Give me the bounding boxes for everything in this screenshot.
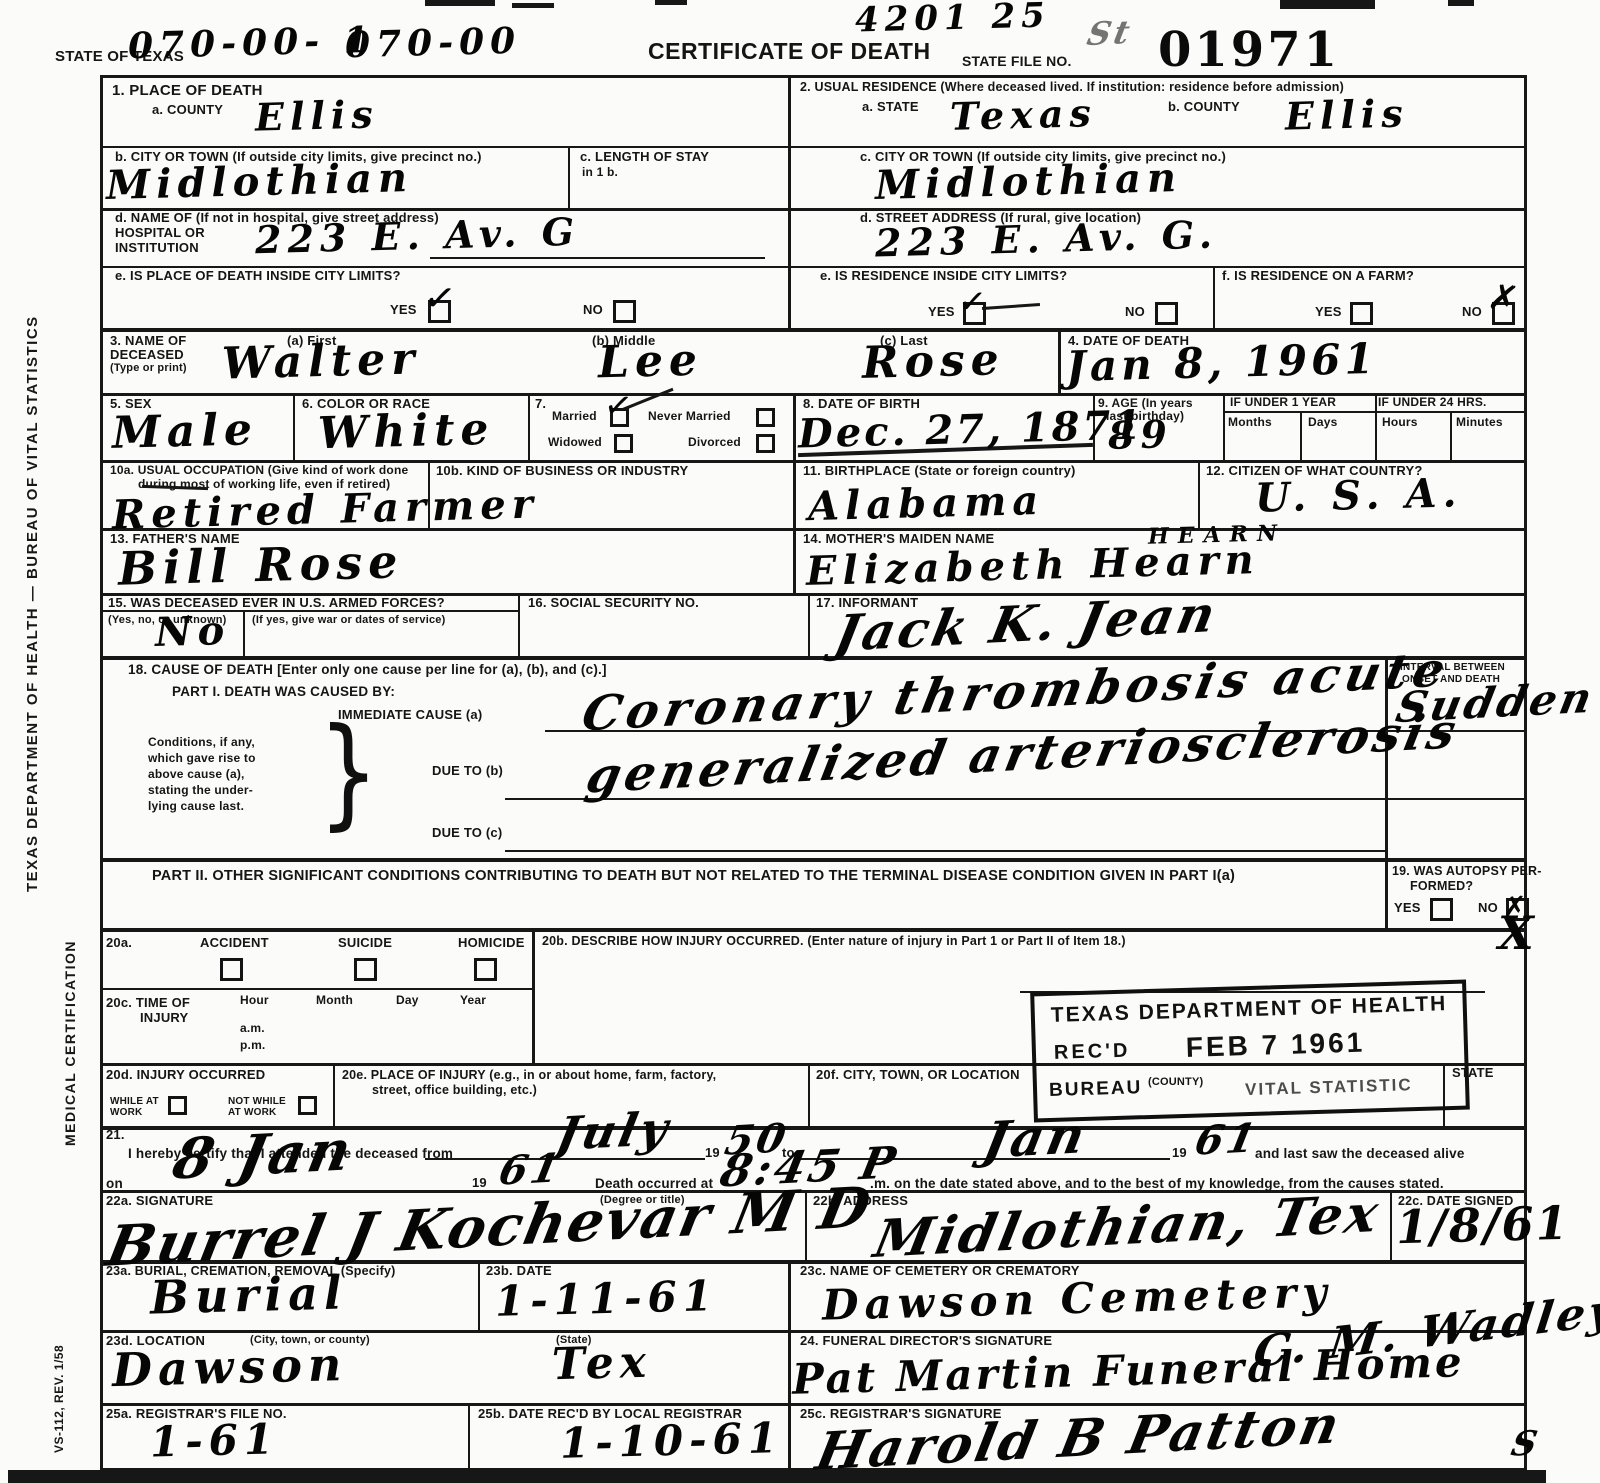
burial-state-value: Tex (551, 1337, 652, 1391)
sidebar-department-text: TEXAS DEPARTMENT OF HEALTH — BUREAU OF V… (24, 262, 41, 892)
state-file-no-label: STATE FILE NO. (962, 53, 1072, 69)
writing-line (505, 850, 1385, 852)
residence-city-value: Midlothian (874, 154, 1182, 209)
cause-of-death-title: 18. CAUSE OF DEATH [Enter only one cause… (128, 662, 607, 678)
grid-line (1375, 393, 1377, 460)
middle-name-value: Lee (597, 335, 703, 389)
autopsy-label2: FORMED? (1410, 879, 1473, 893)
describe-injury-label: 20b. DESCRIBE HOW INJURY OCCURRED. (Ente… (542, 934, 1126, 948)
days-label: Days (1308, 416, 1338, 430)
name-of-deceased-label3: (Type or print) (110, 362, 187, 375)
residence-street-value: 223 E. Av. G. (874, 212, 1218, 266)
conditions-note3: above cause (a), (148, 768, 245, 782)
farm-yes-label: YES (1315, 305, 1342, 320)
faint-pen-mark: St (1084, 13, 1136, 53)
certify-number: 21. (106, 1128, 125, 1143)
received-stamp: TEXAS DEPARTMENT OF HEALTH REC'D FEB 7 1… (1030, 980, 1470, 1123)
scan-artifact (512, 3, 554, 8)
residence-state-value: Texas (949, 90, 1097, 139)
grid-line (468, 1403, 470, 1468)
grid-line (788, 75, 791, 328)
registrar-file-no-value: 1-61 (149, 1414, 279, 1466)
grid-line (100, 928, 1527, 932)
first-name-value: Walter (221, 333, 421, 389)
funeral-director-label: 24. FUNERAL DIRECTOR'S SIGNATURE (800, 1334, 1052, 1349)
grid-line (788, 1260, 791, 1330)
ink-check-tail (982, 303, 1040, 310)
divorced-checkbox (756, 434, 775, 453)
place-of-death-title: 1. PLACE OF DEATH (112, 82, 263, 99)
death-limits-yes-label: YES (390, 303, 417, 318)
part1-label: PART I. DEATH WAS CAUSED BY: (172, 684, 395, 700)
hospital-name-label3: INSTITUTION (115, 241, 199, 256)
grid-line (100, 858, 1527, 862)
conditions-note2: which gave rise to (148, 752, 256, 766)
conditions-note4: stating the under- (148, 784, 253, 798)
death-year-value: 61 (495, 1144, 567, 1194)
burial-location-value: Dawson (111, 1337, 348, 1397)
conditions-brace: } (318, 702, 379, 842)
grid-line (1058, 328, 1061, 393)
time-of-injury-label2: INJURY (140, 1011, 188, 1026)
divorced-label: Divorced (688, 436, 741, 450)
armed-forces-sub2: (If yes, give war or dates of service) (252, 614, 445, 627)
city-of-death-value: Midlothian (105, 154, 413, 209)
grid-line (788, 1403, 791, 1468)
handwritten-code-left: 070-00- 1 (127, 19, 375, 67)
grid-line (518, 593, 520, 656)
death-certificate-scan: S TEXAS DEPARTMENT OF HEALTH — BUREAU OF… (0, 0, 1600, 1483)
never-married-label: Never Married (648, 410, 731, 424)
place-of-injury-label1: 20e. PLACE OF INJURY (e.g., in or about … (342, 1068, 716, 1082)
sidebar-form-number: VS-112, REV. 1/58 (52, 1283, 66, 1453)
months-label: Months (1228, 416, 1272, 430)
county-of-death-label: a. COUNTY (152, 103, 223, 118)
if-under-1-year-header: IF UNDER 1 YEAR (1230, 396, 1336, 410)
signature-label: 22a. SIGNATURE (106, 1194, 213, 1209)
farm-no-checkmark: ✗ (1485, 276, 1522, 322)
grid-line (808, 1063, 810, 1126)
year-label: Year (460, 994, 486, 1008)
grid-line (1213, 266, 1215, 328)
date-of-death-value: Jan 8, 1961 (1065, 334, 1378, 391)
length-of-stay-sub: in 1 b. (582, 166, 618, 180)
farm-no-label: NO (1462, 305, 1482, 320)
grid-line (788, 1330, 791, 1403)
scan-artifact-bottom-bar (8, 1470, 1546, 1483)
grid-line (1450, 411, 1452, 460)
pm-label: p.m. (240, 1039, 265, 1053)
autopsy-no-big-x: X (1498, 906, 1534, 960)
grid-line (100, 328, 1527, 332)
certify-on: on (106, 1176, 123, 1192)
minutes-label: Minutes (1456, 416, 1503, 430)
county-of-death-value: Ellis (254, 91, 379, 139)
grid-line (1524, 75, 1527, 1470)
hospital-street-value: 223 E. Av. G (254, 209, 580, 262)
suicide-label: SUICIDE (338, 936, 392, 951)
day-label: Day (396, 994, 419, 1008)
residence-farm-label: f. IS RESIDENCE ON A FARM? (1222, 269, 1414, 284)
scan-artifact (1280, 0, 1375, 9)
handwritten-top-note: 4201 25 (855, 0, 1052, 41)
grid-line (793, 528, 796, 593)
stamp-line1: TEXAS DEPARTMENT OF HEALTH (1051, 992, 1448, 1028)
injury-20a-label: 20a. (106, 936, 132, 951)
length-of-stay-label: c. LENGTH OF STAY (580, 150, 709, 165)
occupation-label: 10a. USUAL OCCUPATION (Give kind of work… (110, 464, 408, 478)
date-signed-value: 1/8/61 (1395, 1196, 1570, 1255)
grid-line (568, 146, 570, 208)
not-while-at-work-label1: NOT WHILE (228, 1096, 286, 1108)
homicide-checkbox (474, 958, 497, 981)
death-limits-no-label: NO (583, 303, 603, 318)
while-at-work-label2: WORK (110, 1107, 142, 1119)
grid-line (100, 146, 1527, 148)
not-while-at-work-checkbox (298, 1096, 317, 1115)
attended-from-month: July (552, 1101, 675, 1161)
last-name-value: Rose (861, 334, 1005, 389)
sidebar-medical-certification-text: MEDICAL CERTIFICATION (62, 866, 78, 1146)
grid-line (100, 75, 103, 1470)
am-label: a.m. (240, 1022, 265, 1036)
autopsy-no-label: NO (1478, 901, 1498, 916)
grid-line (528, 393, 530, 460)
injury-city-label: 20f. CITY, TOWN, OR LOCATION (816, 1068, 1020, 1083)
certify-line1-post: and last saw the deceased alive (1255, 1146, 1465, 1162)
autopsy-label1: 19. WAS AUTOPSY PER- (1392, 864, 1542, 878)
scan-artifact (425, 0, 495, 6)
writing-line (430, 257, 765, 259)
stray-pen-mark: S (1508, 1423, 1544, 1464)
conditions-note1: Conditions, if any, (148, 736, 255, 750)
grid-line (1390, 1190, 1392, 1260)
grid-line (793, 460, 796, 528)
burial-cremation-value: Burial (149, 1265, 348, 1324)
death-limits-no-checkbox (613, 300, 636, 323)
hours-label: Hours (1382, 416, 1418, 430)
homicide-label: HOMICIDE (458, 936, 525, 951)
accident-checkbox (220, 958, 243, 981)
if-under-24-hrs-header: IF UNDER 24 HRS. (1378, 396, 1487, 410)
part2-label: PART II. OTHER SIGNIFICANT CONDITIONS CO… (152, 868, 1235, 885)
married-checkmark: ✓ (601, 384, 635, 428)
certify-19a: 19 (705, 1146, 720, 1161)
never-married-checkbox (756, 408, 775, 427)
while-at-work-checkbox (168, 1096, 187, 1115)
stamp-date: FEB 7 1961 (1185, 1027, 1365, 1064)
grid-line (243, 610, 245, 658)
accident-label: ACCIDENT (200, 936, 269, 951)
date-recd-registrar-value: 1-10-61 (559, 1413, 783, 1468)
death-limits-yes-checkmark: ✓ (421, 274, 459, 322)
grid-line (1223, 393, 1225, 460)
name-of-deceased-label2: DECEASED (110, 348, 184, 363)
burial-date-value: 1-11-61 (494, 1271, 718, 1326)
suicide-checkbox (354, 958, 377, 981)
grid-line (793, 393, 796, 460)
hour-label: Hour (240, 994, 269, 1008)
time-of-injury-label1: 20c. TIME OF (106, 996, 190, 1011)
date-of-birth-value: Dec. 27, 1871 (797, 401, 1144, 457)
grid-line (1198, 460, 1200, 528)
fathers-name-value: Bill Rose (117, 534, 404, 595)
business-industry-label: 10b. KIND OF BUSINESS OR INDUSTRY (436, 464, 688, 479)
grid-line (333, 1063, 335, 1126)
certificate-title: CERTIFICATE OF DEATH (648, 38, 931, 64)
residence-limits-label: e. IS RESIDENCE INSIDE CITY LIMITS? (820, 269, 1067, 284)
grid-line (478, 1260, 480, 1330)
residence-county-label: b. COUNTY (1168, 100, 1240, 115)
due-to-c-label: DUE TO (c) (432, 826, 502, 841)
place-of-injury-label2: street, office building, etc.) (372, 1083, 537, 1097)
handwritten-code-right: 070-00 (344, 20, 521, 67)
grid-line (808, 593, 810, 656)
conditions-note5: lying cause last. (148, 800, 244, 814)
birthplace-value: Alabama (807, 477, 1044, 530)
address-value: Midlothian, Tex (869, 1183, 1386, 1270)
injury-occurred-label: 20d. INJURY OCCURRED (106, 1068, 265, 1083)
sex-value: Male (111, 404, 258, 459)
hospital-name-label2: HOSPITAL OR (115, 226, 205, 241)
widowed-checkbox (614, 434, 633, 453)
residence-limits-no-checkbox (1155, 302, 1178, 325)
grid-line (1300, 411, 1302, 460)
married-label: Married (552, 410, 597, 424)
month-label: Month (316, 994, 353, 1008)
grid-line (100, 988, 532, 990)
state-file-number: 01971 (1158, 22, 1340, 78)
scan-artifact (655, 0, 687, 5)
armed-forces-value: No (154, 607, 230, 656)
stamp-line3a: BUREAU (1049, 1077, 1143, 1102)
citizen-value: U. S. A. (1254, 469, 1463, 521)
attended-to-year: 61 (1191, 1114, 1263, 1164)
death-city-limits-label: e. IS PLACE OF DEATH INSIDE CITY LIMITS? (115, 269, 401, 284)
autopsy-yes-checkbox (1430, 898, 1453, 921)
marital-status-label: 7. (535, 397, 546, 412)
while-at-work-label1: WHILE AT (110, 1096, 159, 1108)
residence-state-label: a. STATE (862, 100, 919, 115)
due-to-b-label: DUE TO (b) (432, 764, 503, 779)
social-security-label: 16. SOCIAL SECURITY NO. (528, 596, 699, 611)
certify-19c: 19 (472, 1176, 487, 1191)
not-while-at-work-label2: AT WORK (228, 1107, 276, 1119)
grid-line (293, 393, 295, 460)
stamp-recd: REC'D (1054, 1040, 1131, 1065)
residence-county-value: Ellis (1284, 90, 1409, 138)
certify-19b: 19 (1172, 1146, 1187, 1161)
stamp-line3b: VITAL STATISTIC (1245, 1075, 1413, 1100)
autopsy-yes-label: YES (1394, 901, 1421, 916)
death-date-value: 8 Jan (167, 1117, 359, 1192)
widowed-label: Widowed (548, 436, 602, 450)
scan-artifact (1448, 0, 1474, 6)
grid-line (532, 928, 535, 1063)
color-race-value: White (317, 404, 495, 460)
age-value: 89 (1107, 411, 1173, 458)
residence-limits-yes-checkmark: ✓ (956, 281, 989, 324)
farm-yes-checkbox (1350, 302, 1373, 325)
residence-limits-no-label: NO (1125, 305, 1145, 320)
residence-limits-yes-label: YES (928, 305, 955, 320)
